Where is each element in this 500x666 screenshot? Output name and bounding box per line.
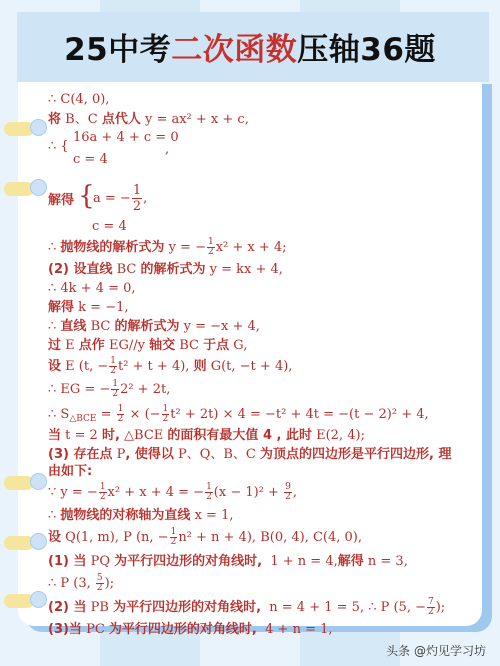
solution-line: ∴ {	[48, 138, 69, 156]
solution-line: ∴ C(4, 0),	[48, 91, 109, 109]
fraction: 12	[109, 357, 117, 376]
solution-line: (2) 当 PB 为平行四边形的对角线时, n = 4 + 1 = 5, ∴ P…	[48, 598, 445, 617]
solution-line: c = 4	[73, 151, 108, 169]
fraction: 92	[284, 483, 292, 502]
fraction: 72	[427, 598, 435, 617]
fraction: 12	[111, 380, 119, 399]
solution-line: c = 4	[92, 218, 127, 236]
solution-line: a = −12,	[93, 183, 147, 214]
solution-line: (3)当 PC 为平行四边形的对角线时, 4 + n = 1,	[48, 621, 333, 639]
solution-line: 将 B、C 点代人 y = ax² + x + c,	[48, 111, 249, 129]
binder-ring	[4, 476, 44, 490]
binder-hole-icon	[30, 533, 47, 550]
fraction: 12	[162, 405, 170, 424]
binder-hole-icon	[30, 591, 47, 608]
binder-hole-icon	[30, 179, 47, 196]
solution-line: 解得 k = −1,	[48, 299, 129, 317]
solution-line: ∴ 抛物线的解析式为 y = −12x² + x + 4;	[48, 238, 287, 257]
binder-ring	[4, 182, 44, 196]
page-title: 25中考二次函数压轴36题	[0, 30, 500, 70]
fraction: 52	[96, 574, 104, 593]
solution-line: ,	[165, 141, 169, 159]
fraction: 12	[205, 483, 213, 502]
title-suffix: 压轴36题	[297, 32, 436, 68]
solution-line: 设 E (t, −12t² + t + 4), 则 G(t, −t + 4),	[48, 357, 292, 376]
solution-line: ∴ 直线 BC 的解析式为 y = −x + 4,	[48, 318, 260, 336]
solution-line: ∴ S△BCE = 12 × (−12t² + 2t) × 4 = −t² + …	[48, 405, 429, 428]
title-prefix: 25中考	[64, 32, 171, 68]
solution-line: (1) 当 PQ 为平行四边形的对角线时, 1 + n = 4,解得 n = 3…	[48, 553, 408, 571]
solution-line: ∴ EG = −122² + 2t,	[48, 380, 170, 399]
watermark: 头条 @灼见学习坊	[386, 642, 486, 659]
solution-line: ∵ y = −12x² + x + 4 = −12(x − 1)² + 92,	[48, 483, 297, 502]
fraction: 12	[170, 528, 178, 547]
binder-ring	[4, 594, 44, 608]
binder-ring	[4, 122, 44, 136]
solution-line: 当 t = 2 时, △BCE 的面积有最大值 4 , 此时 E(2, 4);	[48, 427, 365, 445]
solution-line: 由如下:	[48, 463, 92, 481]
solution-line: (2) 设直线 BC 的解析式为 y = kx + 4,	[48, 261, 283, 279]
solution-line: 过 E 点作 EG//y 轴交 BC 于点 G,	[48, 337, 247, 355]
fraction: 12	[207, 238, 215, 257]
fraction: 12	[132, 183, 142, 214]
binder-hole-icon	[30, 119, 47, 136]
solution-line: ∴ 抛物线的对称轴为直线 x = 1,	[48, 507, 233, 525]
card-edge	[482, 84, 488, 624]
binder-hole-icon	[30, 473, 47, 490]
fraction: 12	[99, 483, 107, 502]
solution-line: 设 Q(1, m), P (n, −12n² + n + 4), B(0, 4)…	[48, 528, 362, 547]
solution-line: 16a + 4 + c = 0	[73, 129, 179, 147]
solution-line: ∴ 4k + 4 = 0,	[48, 280, 136, 298]
title-highlight: 二次函数	[171, 32, 297, 68]
binder-ring	[4, 536, 44, 550]
fraction: 12	[117, 405, 125, 424]
solution-line: (3) 存在点 P, 使得以 P、Q、B、C 为顶点的四边形是平行四边形, 理	[48, 446, 451, 464]
solution-line: ∴ P (3, 52);	[48, 574, 114, 593]
solution-line: 解得 {	[48, 187, 95, 210]
